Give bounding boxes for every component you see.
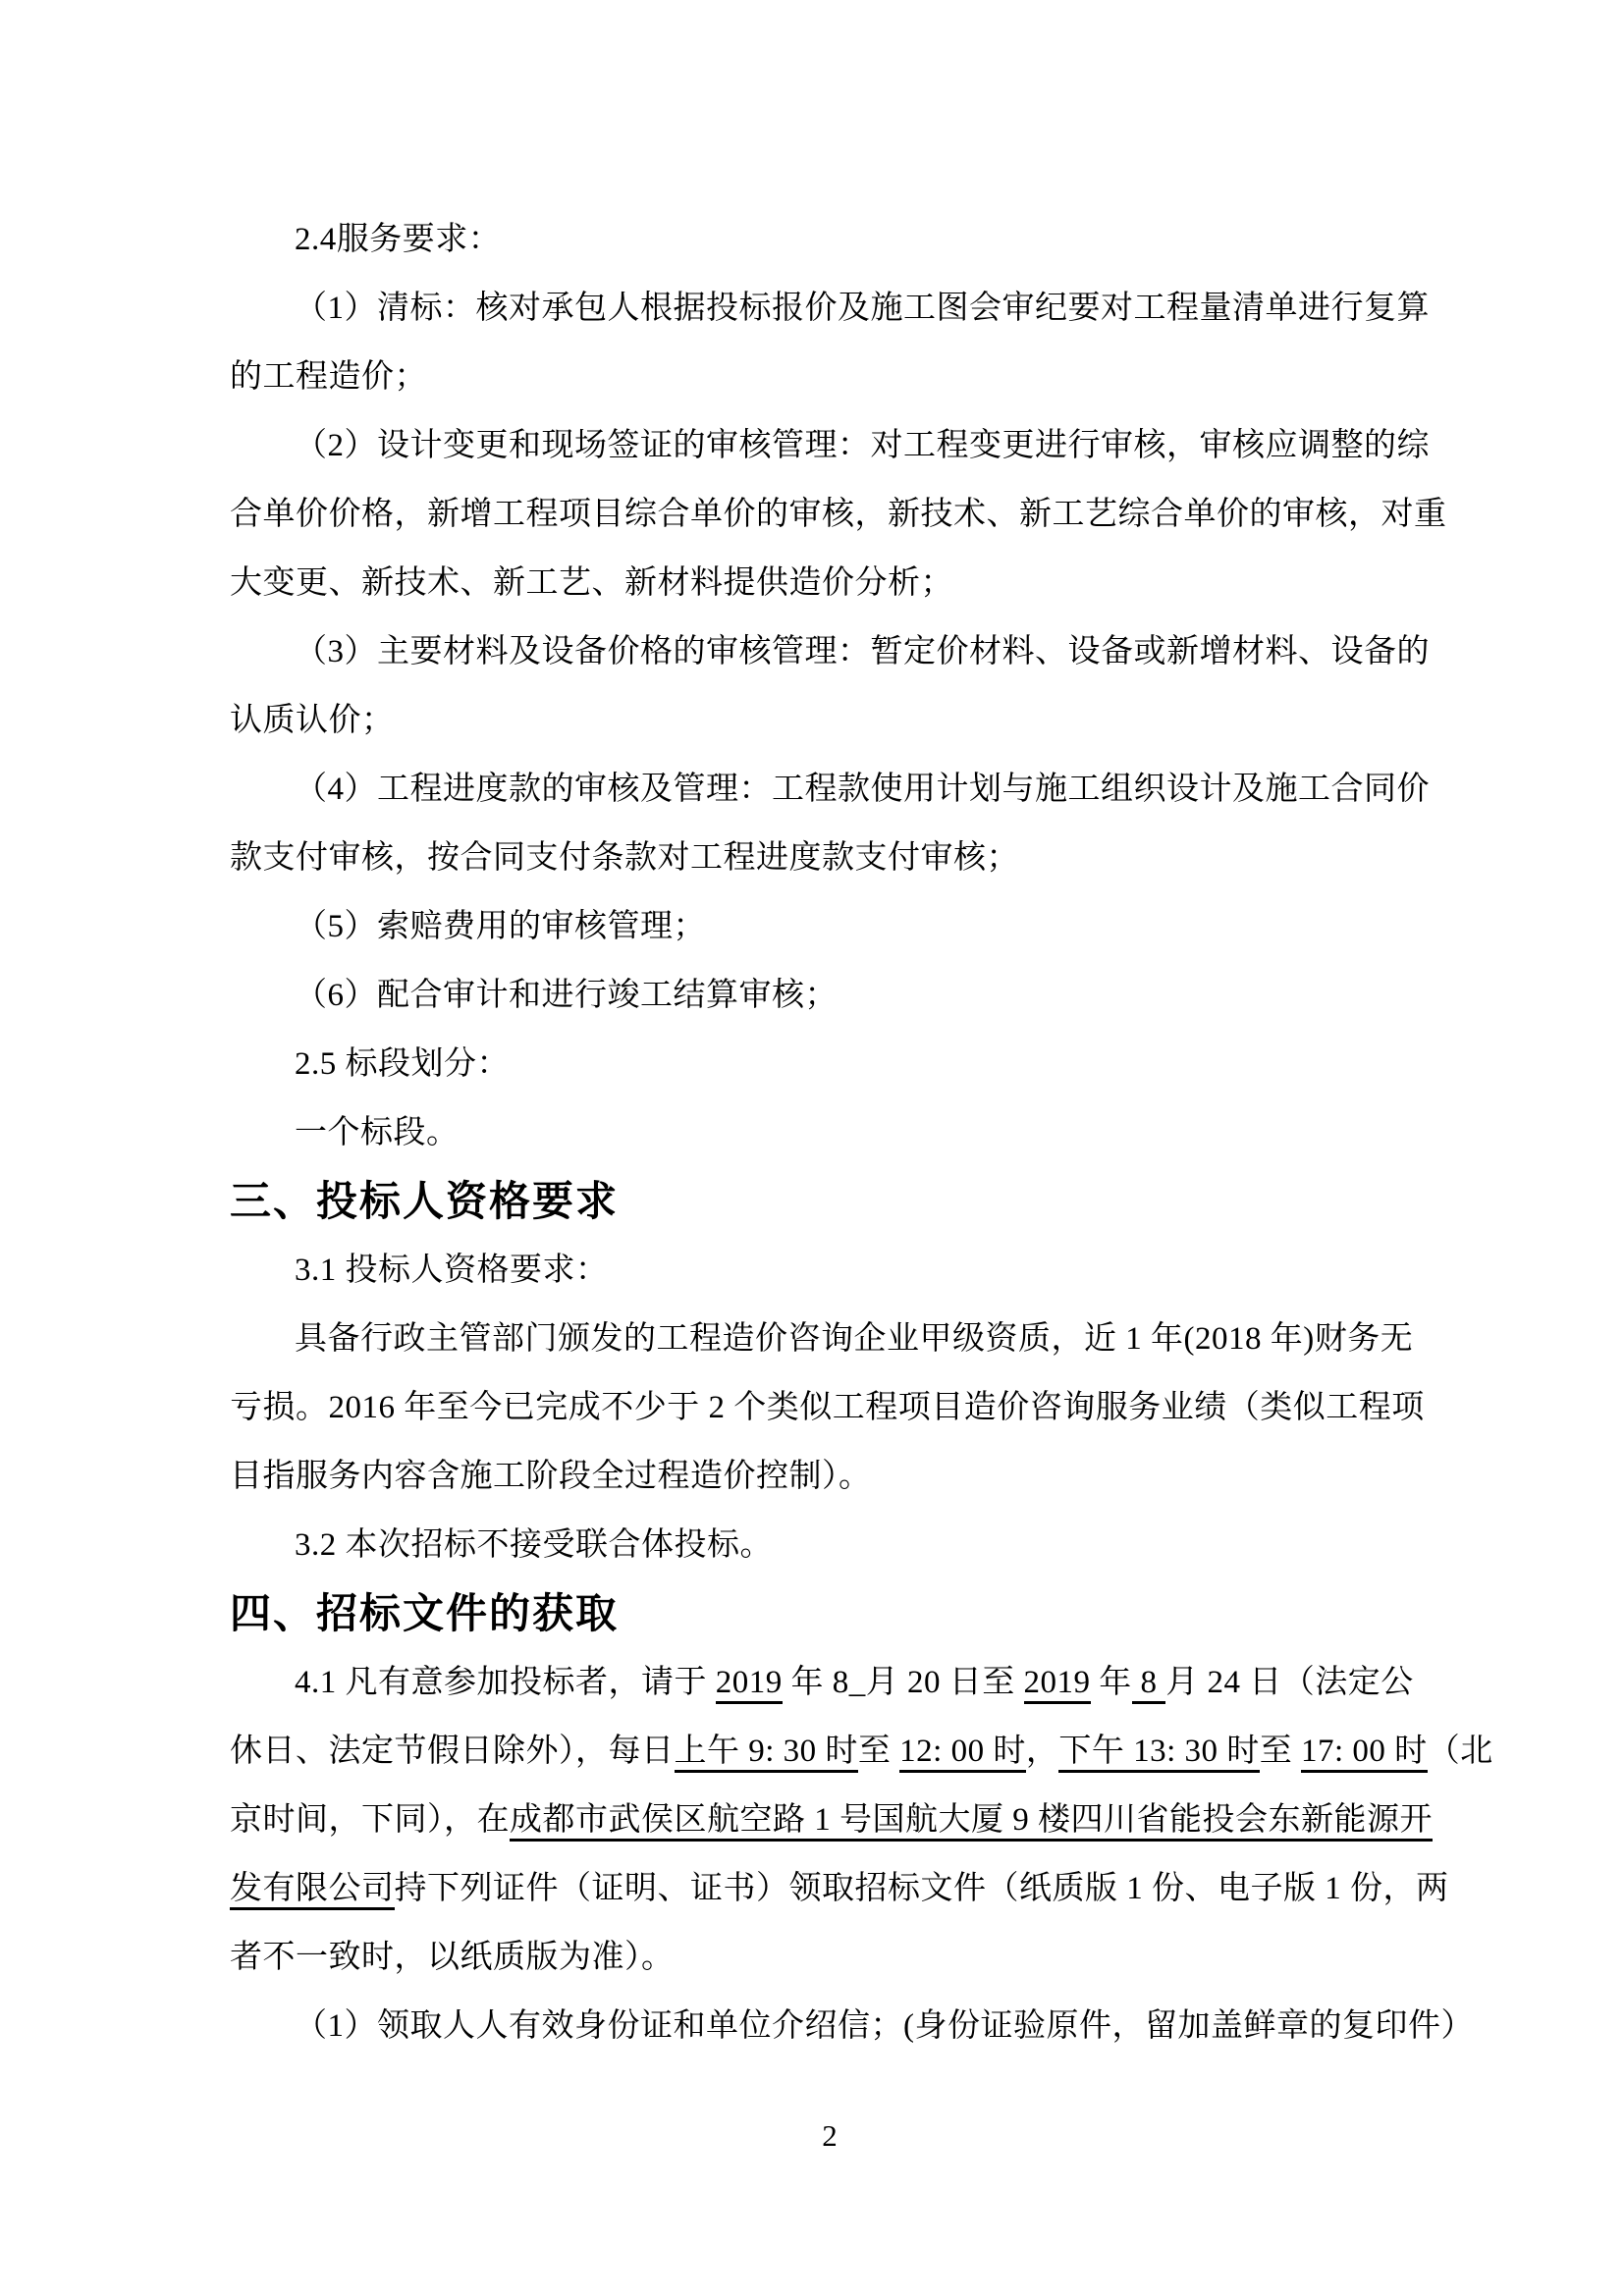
underlined-text-run: 上午 9: 30 时 xyxy=(675,1734,858,1773)
document-line: 的工程造价； xyxy=(230,343,1469,411)
document-content: 2.4服务要求：（1）清标：核对承包人根据投标报价及施工图会审纪要对工程量清单进… xyxy=(230,205,1469,2060)
underlined-text-run: 8 xyxy=(1132,1665,1166,1704)
document-line: 2.4服务要求： xyxy=(230,205,1469,274)
text-run: 月 24 日（法定公 xyxy=(1165,1665,1414,1700)
text-run: （1）清标：核对承包人根据投标报价及施工图会审纪要对工程量清单进行复算 xyxy=(295,291,1430,326)
text-run: （5）索赔费用的审核管理； xyxy=(295,909,706,944)
text-run: 具备行政主管部门颁发的工程造价咨询企业甲级资质，近 1 年(2018 年)财务无 xyxy=(295,1321,1413,1357)
underlined-text-run: 17: 00 时 xyxy=(1301,1734,1428,1773)
document-line: 亏损。2016 年至今已完成不少于 2 个类似工程项目造价咨询服务业绩（类似工程… xyxy=(230,1373,1469,1442)
text-run: （3）主要材料及设备价格的审核管理：暂定价材料、设备或新增材料、设备的 xyxy=(295,634,1430,669)
text-run: 至 xyxy=(1260,1734,1301,1769)
text-run: 3.1 投标人资格要求： xyxy=(295,1253,609,1288)
page-number: 2 xyxy=(822,2118,838,2154)
underlined-text-run: 12: 00 时 xyxy=(899,1734,1026,1773)
document-line: 合单价价格，新增工程项目综合单价的审核，新技术、新工艺综合单价的审核，对重 xyxy=(230,480,1469,549)
document-line: 4.1 凡有意参加投标者，请于 2019 年 8_月 20 日至 2019 年 … xyxy=(230,1648,1469,1717)
text-run: （4）工程进度款的审核及管理：工程款使用计划与施工组织设计及施工合同价 xyxy=(295,772,1430,807)
text-run: 至 xyxy=(858,1734,899,1769)
text-run: 2.5 标段划分： xyxy=(295,1046,510,1082)
text-run: （2）设计变更和现场签证的审核管理：对工程变更进行审核，审核应调整的综 xyxy=(295,428,1430,463)
document-line: （1）清标：核对承包人根据投标报价及施工图会审纪要对工程量清单进行复算 xyxy=(230,274,1469,343)
text-run: 款支付审核，按合同支付条款对工程进度款支付审核； xyxy=(230,840,1019,876)
text-run: （6）配合审计和进行竣工结算审核； xyxy=(295,978,838,1013)
underlined-text-run: 成都市武侯区航空路 1 号国航大厦 9 楼四川省能投会东新能源开 xyxy=(510,1802,1433,1842)
document-line: （5）索赔费用的审核管理； xyxy=(230,892,1469,961)
underlined-text-run: 下午 13: 30 时 xyxy=(1058,1734,1259,1773)
text-run: 持下列证件（证明、证书）领取招标文件（纸质版 1 份、电子版 1 份，两 xyxy=(395,1871,1449,1906)
document-line: 休日、法定节假日除外），每日上午 9: 30 时至 12: 00 时，下午 13… xyxy=(230,1717,1469,1786)
document-line: 3.2 本次招标不接受联合体投标。 xyxy=(230,1511,1469,1579)
document-line: 一个标段。 xyxy=(230,1098,1469,1167)
document-line: （3）主要材料及设备价格的审核管理：暂定价材料、设备或新增材料、设备的 xyxy=(230,617,1469,686)
document-line: 2.5 标段划分： xyxy=(230,1030,1469,1098)
document-line: 京时间，下同），在成都市武侯区航空路 1 号国航大厦 9 楼四川省能投会东新能源… xyxy=(230,1786,1469,1854)
text-run: 4.1 凡有意参加投标者，请于 xyxy=(295,1665,716,1700)
text-run: 三、投标人资格要求 xyxy=(230,1178,619,1224)
document-line: （6）配合审计和进行竣工结算审核； xyxy=(230,961,1469,1030)
text-run: 合单价价格，新增工程项目综合单价的审核，新技术、新工艺综合单价的审核，对重 xyxy=(230,497,1447,532)
document-line: 认质认价； xyxy=(230,686,1469,755)
underlined-text-run: 发有限公司 xyxy=(230,1871,395,1910)
text-run: （北 xyxy=(1428,1734,1493,1769)
underlined-text-run: 2019 xyxy=(716,1665,783,1704)
text-run: 四、招标文件的获取 xyxy=(230,1590,619,1636)
text-run: 者不一致时，以纸质版为准）。 xyxy=(230,1940,675,1975)
text-run: 一个标段。 xyxy=(295,1115,460,1150)
document-line: 发有限公司持下列证件（证明、证书）领取招标文件（纸质版 1 份、电子版 1 份，… xyxy=(230,1854,1469,1923)
text-run: 休日、法定节假日除外），每日 xyxy=(230,1734,675,1769)
document-line: 款支付审核，按合同支付条款对工程进度款支付审核； xyxy=(230,824,1469,892)
document-line: 3.1 投标人资格要求： xyxy=(230,1236,1469,1305)
underlined-text-run: 2019 xyxy=(1024,1665,1091,1704)
document-line: （1）领取人人有效身份证和单位介绍信；(身份证验原件，留加盖鲜章的复印件） xyxy=(230,1992,1469,2060)
text-run: 亏损。2016 年至今已完成不少于 2 个类似工程项目造价咨询服务业绩（类似工程… xyxy=(230,1390,1425,1425)
document-line: （2）设计变更和现场签证的审核管理：对工程变更进行审核，审核应调整的综 xyxy=(230,411,1469,480)
text-run: 2.4服务要求： xyxy=(295,222,501,257)
document-line: 者不一致时，以纸质版为准）。 xyxy=(230,1923,1469,1992)
text-run: 的工程造价； xyxy=(230,359,427,395)
text-run: 目指服务内容含施工阶段全过程造价控制）。 xyxy=(230,1459,872,1494)
text-run: 年 8_月 20 日至 xyxy=(783,1665,1024,1700)
document-page: 2.4服务要求：（1）清标：核对承包人根据投标报价及施工图会审纪要对工程量清单进… xyxy=(0,0,1624,2296)
section-heading: 三、投标人资格要求 xyxy=(230,1167,1469,1236)
section-heading: 四、招标文件的获取 xyxy=(230,1579,1469,1648)
text-run: 年 xyxy=(1091,1665,1132,1700)
document-line: 大变更、新技术、新工艺、新材料提供造价分析； xyxy=(230,549,1469,617)
text-run: ， xyxy=(1026,1734,1059,1769)
text-run: 大变更、新技术、新工艺、新材料提供造价分析； xyxy=(230,565,953,601)
text-run: 认质认价； xyxy=(230,703,395,738)
document-line: 目指服务内容含施工阶段全过程造价控制）。 xyxy=(230,1442,1469,1511)
text-run: 京时间，下同），在 xyxy=(230,1802,510,1838)
document-line: （4）工程进度款的审核及管理：工程款使用计划与施工组织设计及施工合同价 xyxy=(230,755,1469,824)
text-run: 3.2 本次招标不接受联合体投标。 xyxy=(295,1527,773,1563)
text-run: （1）领取人人有效身份证和单位介绍信；(身份证验原件，留加盖鲜章的复印件） xyxy=(295,2008,1474,2044)
document-line: 具备行政主管部门颁发的工程造价咨询企业甲级资质，近 1 年(2018 年)财务无 xyxy=(230,1305,1469,1373)
